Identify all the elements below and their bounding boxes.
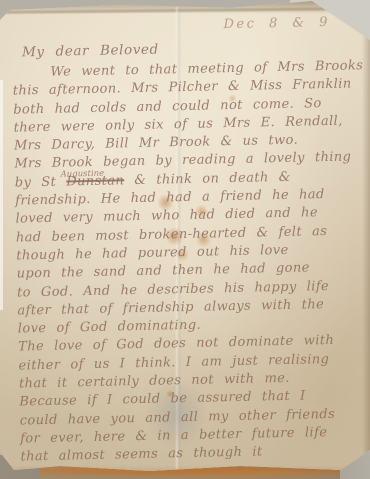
letter-paper: Dec 8 & 9 My dear Beloved We went to tha… [0, 0, 370, 479]
letter-photo: Dec 8 & 9 My dear Beloved We went to tha… [0, 0, 370, 479]
handwritten-text: Dec 8 & 9 My dear Beloved We went to tha… [0, 0, 370, 479]
letter-body: We went to that meeting of Mrs Brooks th… [12, 57, 370, 467]
letter-salutation: My dear Beloved [22, 42, 159, 61]
correction-prefix: by St [15, 174, 57, 190]
letter-date: Dec 8 & 9 [223, 15, 330, 32]
correction-suffix: & think on death & [134, 170, 291, 188]
inserted-word: Augustine [60, 164, 104, 183]
